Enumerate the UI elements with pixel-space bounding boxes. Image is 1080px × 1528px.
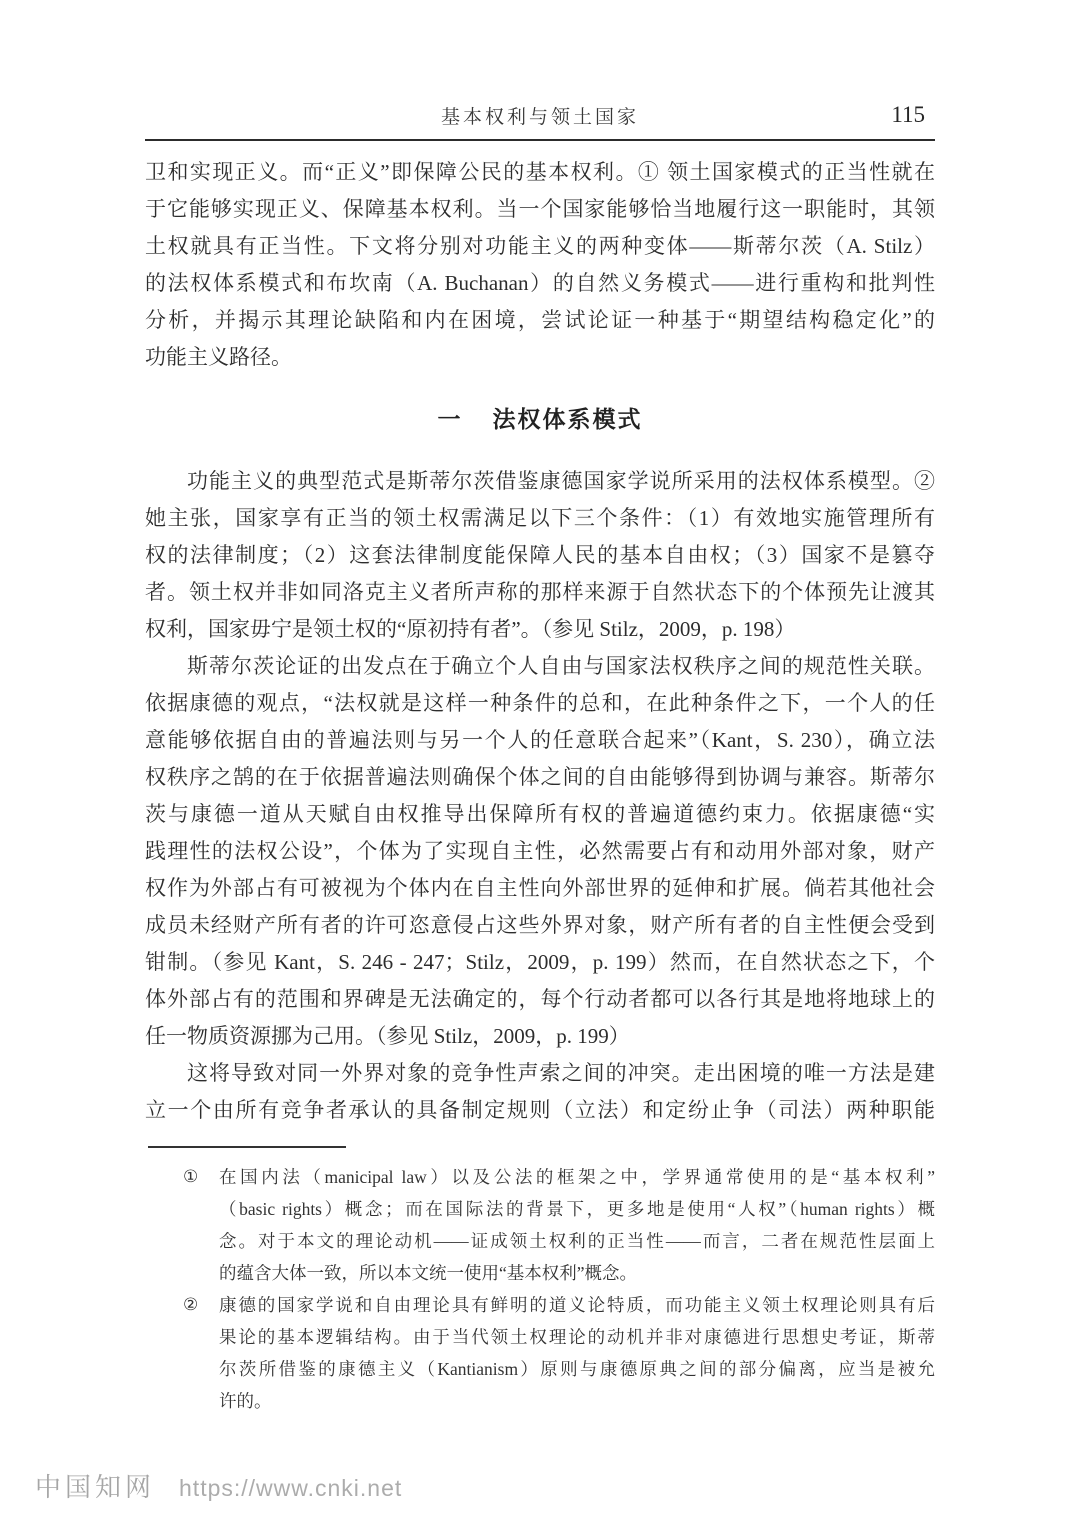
header-rule (145, 139, 935, 141)
body-text: 卫和实现正义。而“正义”即保障公民的基本权利。① 领土国家模式的正当性就在于它能… (145, 154, 935, 1417)
text-line: 在国内法（manicipal law）以及公法的框架之中，学界通常使用的是“基本… (219, 1161, 935, 1193)
body-paragraph: 功能主义的典型范式是斯蒂尔茨借鉴康德国家学说所采用的法权体系模型。②她主张，国家… (145, 463, 935, 648)
text-line: 成员未经财产所有者的许可恣意侵占这些外界对象，财产所有者的自主性便会受到 (145, 907, 935, 944)
text-line: 依据康德的观点，“法权就是这样一种条件的总和，在此种条件之下，一个人的任 (145, 685, 935, 722)
footnote: ① 在国内法（manicipal law）以及公法的框架之中，学界通常使用的是“… (145, 1161, 935, 1289)
body-paragraph: 斯蒂尔茨论证的出发点在于确立个人自由与国家法权秩序之间的规范性关联。依据康德的观… (145, 648, 935, 1055)
body-paragraph: 这将导致对同一外界对象的竞争性声索之间的冲突。走出困境的唯一方法是建立一个由所有… (145, 1055, 935, 1129)
text-line: 体外部占有的范围和界碑是无法确定的，每个行动者都可以各行其是地将地球上的 (145, 981, 935, 1018)
text-line: 果论的基本逻辑结构。由于当代领土权理论的动机并非对康德进行思想史考证，斯蒂 (219, 1321, 935, 1353)
text-line: 任一物质资源挪为己用。（参见 Stilz，2009，p. 199） (145, 1018, 935, 1055)
text-line: 意能够依据自由的普遍法则与另一个人的任意联合起来”（Kant，S. 230），确… (145, 722, 935, 759)
cnki-watermark: 中国知网 https://www.cnki.net (35, 1467, 402, 1504)
text-line: 茨与康德一道从天赋自由权推导出保障所有权的普遍道德约束力。依据康德“实 (145, 796, 935, 833)
text-line: 者。领土权并非如同洛克主义者所声称的那样来源于自然状态下的个体预先让渡其 (145, 574, 935, 611)
text-line: 的法权体系模式和布坎南（A. Buchanan）的自然义务模式——进行重构和批判… (145, 265, 935, 302)
footnote-text: 在国内法（manicipal law）以及公法的框架之中，学界通常使用的是“基本… (219, 1161, 935, 1289)
text-line: 立一个由所有竞争者承认的具备制定规则（立法）和定纷止争（司法）两种职能 (145, 1092, 935, 1129)
section-title: 法权体系模式 (493, 407, 643, 432)
text-line: 她主张，国家享有正当的领土权需满足以下三个条件：（1）有效地实施管理所有 (145, 500, 935, 537)
section-number: 一 (438, 407, 463, 432)
text-line: 权的法律制度；（2）这套法律制度能保障人民的基本自由权；（3）国家不是篡夺 (145, 537, 935, 574)
text-line: 践理性的法权公设”，个体为了实现自主性，必然需要占有和动用外部对象，财产 (145, 833, 935, 870)
text-line: 权作为外部占有可被视为个体内在自主性向外部世界的延伸和扩展。倘若其他社会 (145, 870, 935, 907)
cnki-site-url: https://www.cnki.net (179, 1475, 402, 1502)
body-paragraph: 卫和实现正义。而“正义”即保障公民的基本权利。① 领土国家模式的正当性就在于它能… (145, 154, 935, 376)
running-title: 基本权利与领土国家 (441, 107, 639, 128)
footnote-marker: ② (183, 1289, 219, 1417)
footnote-divider (148, 1146, 346, 1148)
text-line: 分析，并揭示其理论缺陷和内在困境，尝试论证一种基于“期望结构稳定化”的 (145, 302, 935, 339)
text-line: 于它能够实现正义、保障基本权利。当一个国家能够恰当地履行这一职能时，其领 (145, 191, 935, 228)
page-header: 基本权利与领土国家 115 (145, 102, 935, 136)
text-line: 这将导致对同一外界对象的竞争性声索之间的冲突。走出困境的唯一方法是建 (145, 1055, 935, 1092)
footnote-text: 康德的国家学说和自由理论具有鲜明的道义论特质，而功能主义领土权理论则具有后果论的… (219, 1289, 935, 1417)
page-content: 基本权利与领土国家 115 卫和实现正义。而“正义”即保障公民的基本权利。① 领… (145, 0, 935, 1417)
text-line: 康德的国家学说和自由理论具有鲜明的道义论特质，而功能主义领土权理论则具有后 (219, 1289, 935, 1321)
footnote: ② 康德的国家学说和自由理论具有鲜明的道义论特质，而功能主义领土权理论则具有后果… (145, 1289, 935, 1417)
text-line: 许的。 (219, 1385, 935, 1417)
cnki-site-name: 中国知网 (35, 1467, 155, 1504)
footnote-marker: ① (183, 1161, 219, 1289)
section-heading: 一法权体系模式 (145, 401, 935, 434)
text-line: 土权就具有正当性。下文将分别对功能主义的两种变体——斯蒂尔茨（A. Stilz） (145, 228, 935, 265)
text-line: 尔茨所借鉴的康德主义（Kantianism）原则与康德原典之间的部分偏离，应当是… (219, 1353, 935, 1385)
text-line: 的蕴含大体一致，所以本文统一使用“基本权利”概念。 (219, 1257, 935, 1289)
text-line: 念。对于本文的理论动机——证成领土权利的正当性——而言，二者在规范性层面上 (219, 1225, 935, 1257)
scanned-paper-page: 基本权利与领土国家 115 卫和实现正义。而“正义”即保障公民的基本权利。① 领… (0, 0, 1080, 1528)
text-line: （basic rights）概念；而在国际法的背景下，更多地是使用“人权”（hu… (219, 1193, 935, 1225)
text-line: 卫和实现正义。而“正义”即保障公民的基本权利。① 领土国家模式的正当性就在 (145, 154, 935, 191)
text-line: 权利，国家毋宁是领土权的“原初持有者”。（参见 Stilz，2009，p. 19… (145, 611, 935, 648)
text-line: 功能主义路径。 (145, 339, 935, 376)
text-line: 钳制。（参见 Kant，S. 246 - 247；Stilz，2009，p. 1… (145, 944, 935, 981)
text-line: 权秩序之鹄的在于依据普遍法则确保个体之间的自由能够得到协调与兼容。斯蒂尔 (145, 759, 935, 796)
text-line: 斯蒂尔茨论证的出发点在于确立个人自由与国家法权秩序之间的规范性关联。 (145, 648, 935, 685)
page-number: 115 (891, 102, 925, 128)
text-line: 功能主义的典型范式是斯蒂尔茨借鉴康德国家学说所采用的法权体系模型。② (145, 463, 935, 500)
